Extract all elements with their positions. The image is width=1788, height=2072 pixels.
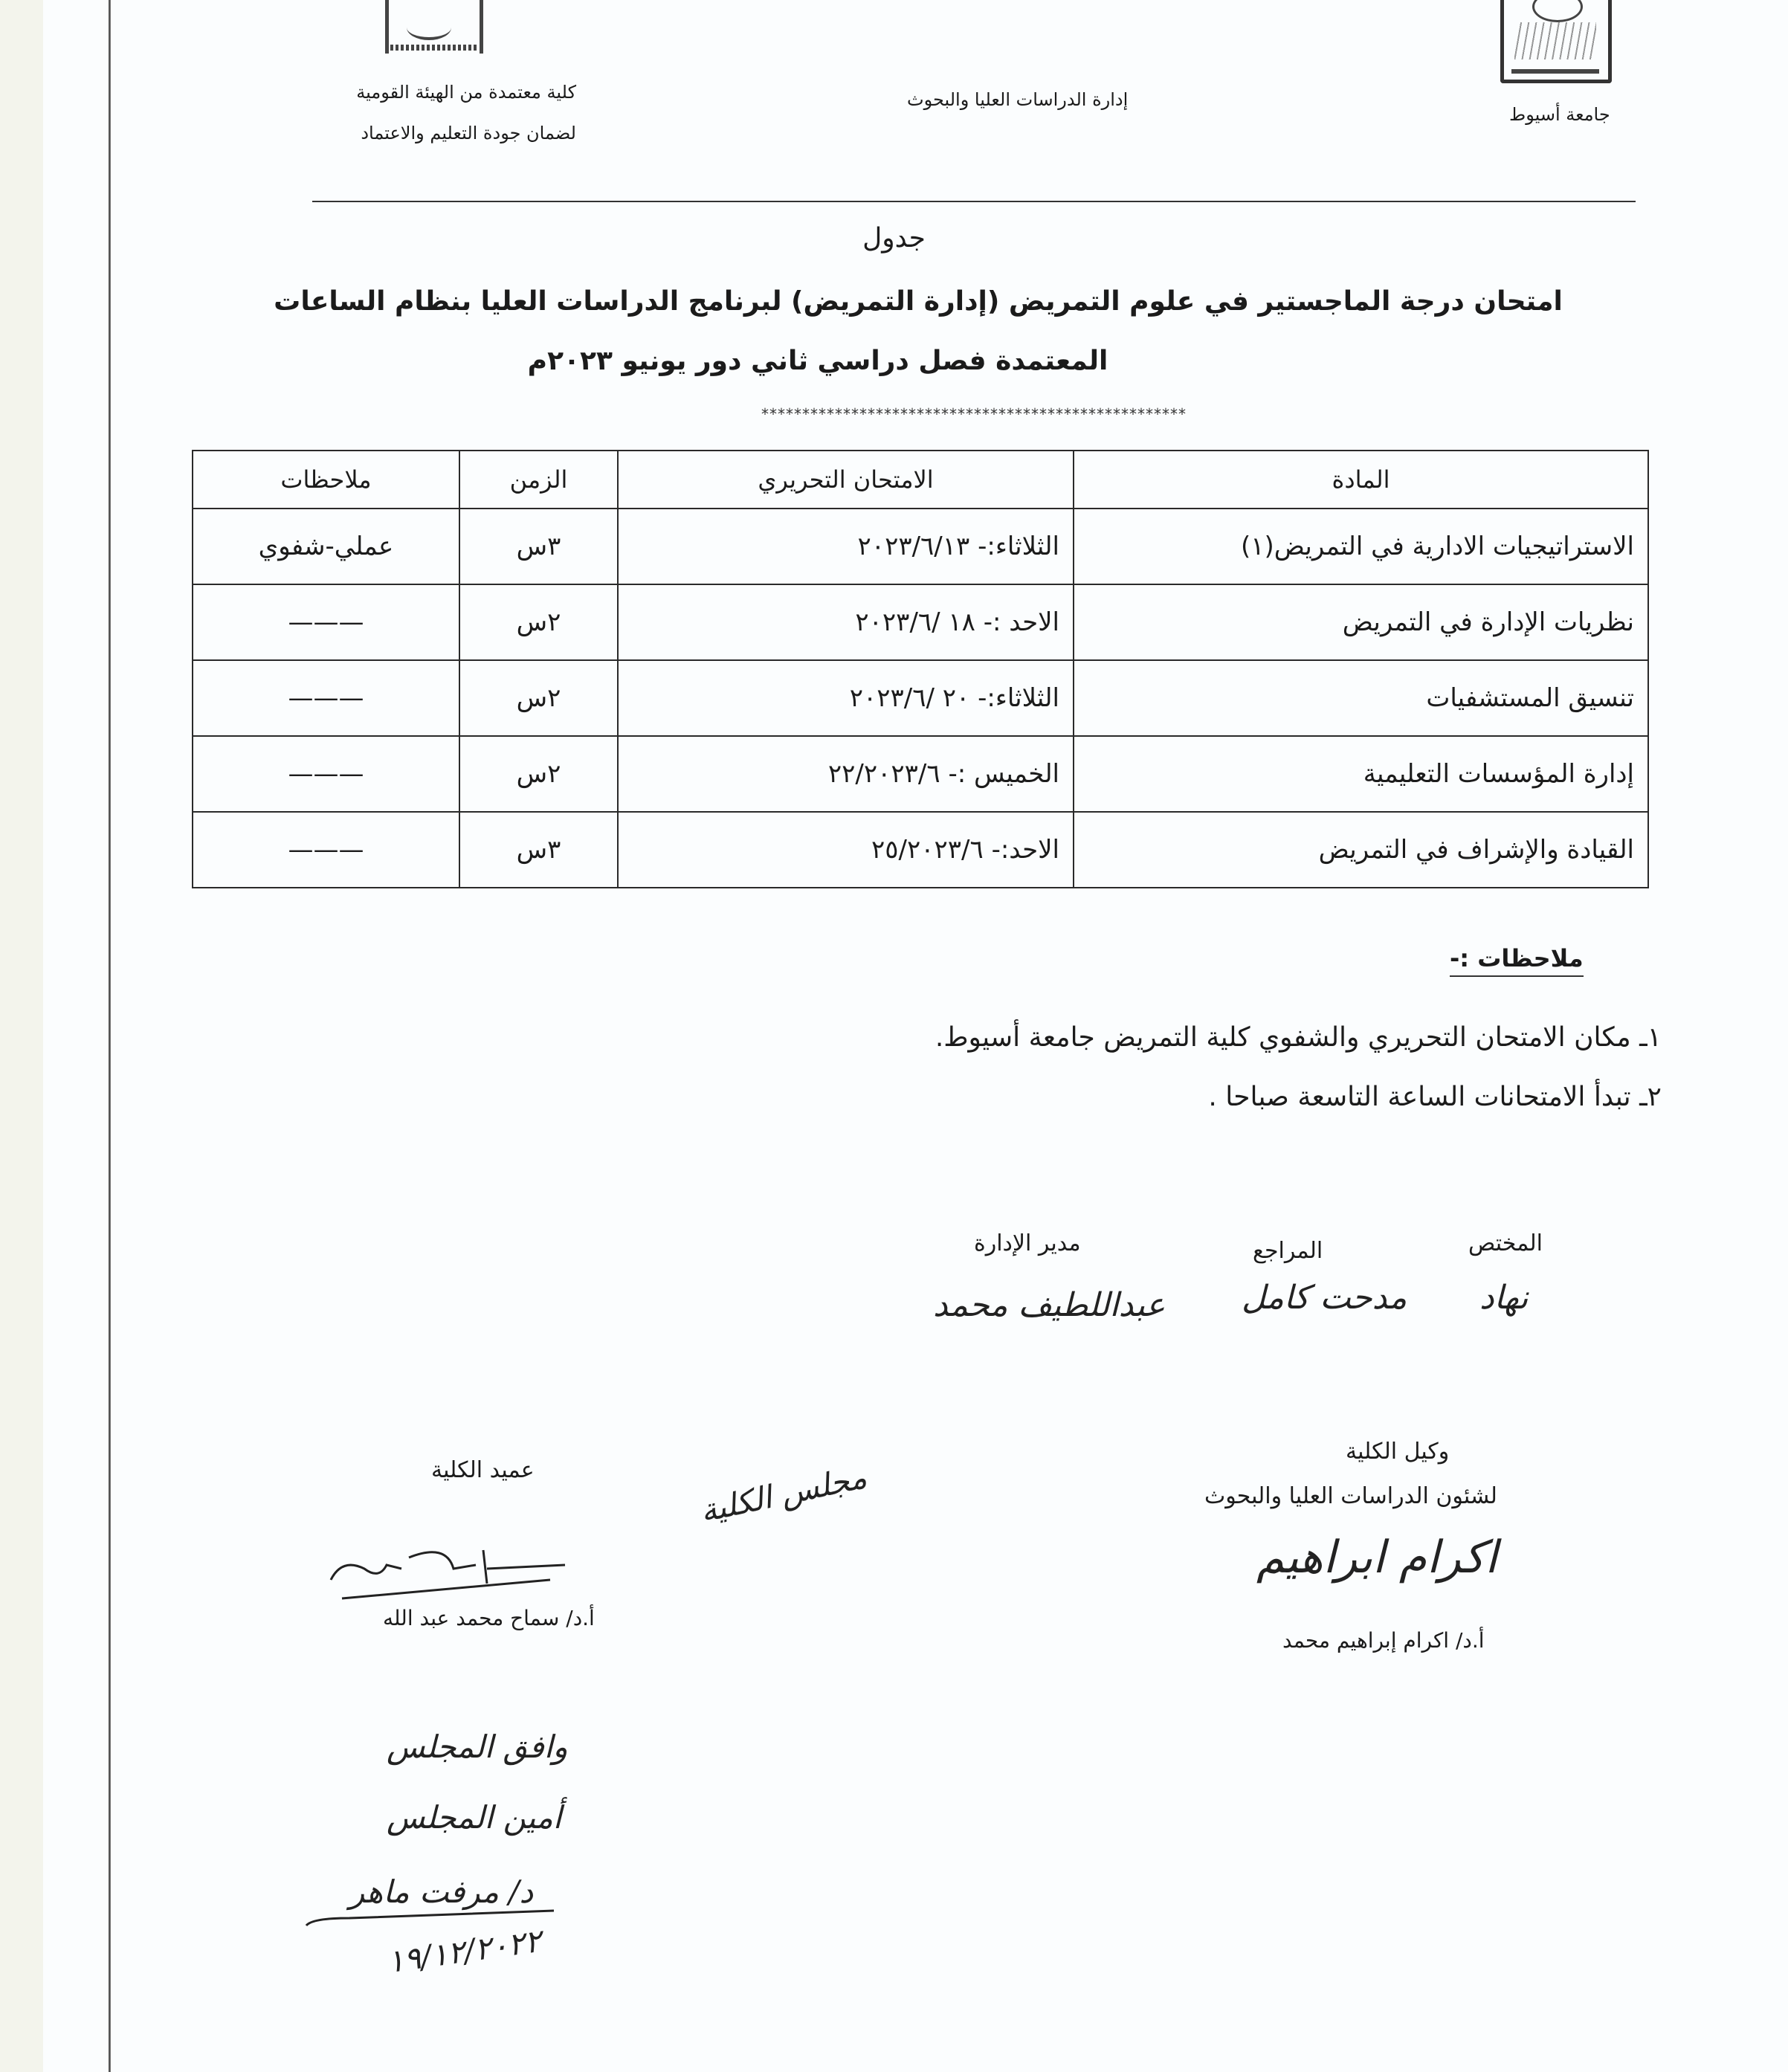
- council-note: مجلس الكلية: [697, 1459, 869, 1529]
- cell-subject: الاستراتيجيات الادارية في التمريض(١): [1074, 509, 1648, 584]
- cell-written-exam: الخميس :- ٢٢/٢٠٢٣/٦: [618, 736, 1074, 812]
- cell-written-exam: الثلاثاء:- ٢٠٢٣/٦/١٣: [618, 509, 1074, 584]
- table-row: نظريات الإدارة في التمريض الاحد :- ١٨ /٢…: [193, 584, 1648, 660]
- header-duration: الزمن: [459, 451, 618, 509]
- approval-line-2: أمين المجلس: [387, 1799, 561, 1836]
- cell-subject: نظريات الإدارة في التمريض: [1074, 584, 1648, 660]
- cell-notes: عملي-شفوي: [193, 509, 459, 584]
- notes-heading: ملاحظات :-: [1450, 944, 1584, 977]
- margin-rule: [109, 0, 111, 2072]
- table-row: الاستراتيجيات الادارية في التمريض(١) الث…: [193, 509, 1648, 584]
- cell-written-exam: الاحد :- ١٨ /٢٠٢٣/٦: [618, 584, 1074, 660]
- header-divider: [312, 201, 1636, 202]
- cell-duration: ٢س: [459, 660, 618, 736]
- scan-edge: [0, 0, 43, 2072]
- header-written-exam: الامتحان التحريري: [618, 451, 1074, 509]
- cell-notes: ———: [193, 660, 459, 736]
- cell-duration: ٣س: [459, 812, 618, 888]
- table-header-row: المادة الامتحان التحريري الزمن ملاحظات: [193, 451, 1648, 509]
- admin-director-label: مدير الإدارة: [974, 1230, 1081, 1256]
- faculty-logo-icon: [385, 0, 483, 54]
- header-notes: ملاحظات: [193, 451, 459, 509]
- cell-notes: ———: [193, 736, 459, 812]
- specialist-label: المختص: [1468, 1230, 1543, 1256]
- cell-written-exam: الاحد:- ٢٥/٢٠٢٣/٦: [618, 812, 1074, 888]
- note-item: ٢ـ تبدأ الامتحانات الساعة التاسعة صباحا …: [1208, 1082, 1662, 1112]
- cell-duration: ٣س: [459, 509, 618, 584]
- cell-notes: ———: [193, 584, 459, 660]
- exam-schedule-table: المادة الامتحان التحريري الزمن ملاحظات ا…: [192, 450, 1649, 888]
- document-subtitle-line-1: امتحان درجة الماجستير في علوم التمريض (إ…: [223, 286, 1613, 317]
- separator-stars: ****************************************…: [743, 405, 1204, 423]
- university-name: جامعة أسيوط: [1509, 104, 1610, 125]
- cell-subject: تنسيق المستشفيات: [1074, 660, 1648, 736]
- dean-label: عميد الكلية: [431, 1457, 535, 1483]
- specialist-signature: نهاد: [1479, 1279, 1529, 1317]
- approval-line-3: د/ مرفت ماهر: [349, 1873, 533, 1910]
- reviewer-signature: مدحت كامل: [1242, 1279, 1407, 1317]
- accreditation-line-1: كلية معتمدة من الهيئة القومية: [320, 82, 576, 103]
- cell-written-exam: الثلاثاء:- ٢٠ /٢٠٢٣/٦: [618, 660, 1074, 736]
- accreditation-line-2: لضمان جودة التعليم والاعتماد: [320, 123, 576, 143]
- approval-date: ١٩/١٢/٢٠٢٢: [385, 1923, 544, 1981]
- admin-director-signature: عبداللطيف محمد: [933, 1286, 1165, 1324]
- vice-dean-portfolio: لشئون الدراسات العليا والبحوث: [1204, 1483, 1497, 1509]
- vice-dean-signature: اكرام ابراهيم: [1256, 1532, 1497, 1584]
- vice-dean-name: أ.د/ اكرام إبراهيم محمد: [1282, 1628, 1485, 1653]
- table-row: تنسيق المستشفيات الثلاثاء:- ٢٠ /٢٠٢٣/٦ ٢…: [193, 660, 1648, 736]
- assiut-university-logo-icon: [1500, 0, 1612, 83]
- document-subtitle-line-2: المعتمدة فصل دراسي ثاني دور يونيو ٢٠٢٣م: [372, 346, 1264, 376]
- note-item: ١ـ مكان الامتحان التحريري والشفوي كلية ا…: [935, 1022, 1662, 1053]
- department-name: إدارة الدراسات العليا والبحوث: [907, 89, 1128, 110]
- header-subject: المادة: [1074, 451, 1648, 509]
- table-row: إدارة المؤسسات التعليمية الخميس :- ٢٢/٢٠…: [193, 736, 1648, 812]
- cell-duration: ٢س: [459, 584, 618, 660]
- approval-line-1: وافق المجلس: [387, 1729, 568, 1765]
- dean-name: أ.د/ سماح محمد عبد الله: [383, 1606, 595, 1630]
- table-row: القيادة والإشراف في التمريض الاحد:- ٢٥/٢…: [193, 812, 1648, 888]
- cell-notes: ———: [193, 812, 459, 888]
- document-title: جدول: [0, 223, 1788, 254]
- reviewer-label: المراجع: [1253, 1238, 1323, 1264]
- cell-subject: إدارة المؤسسات التعليمية: [1074, 736, 1648, 812]
- cell-duration: ٢س: [459, 736, 618, 812]
- cell-subject: القيادة والإشراف في التمريض: [1074, 812, 1648, 888]
- vice-dean-label: وكيل الكلية: [1346, 1439, 1449, 1465]
